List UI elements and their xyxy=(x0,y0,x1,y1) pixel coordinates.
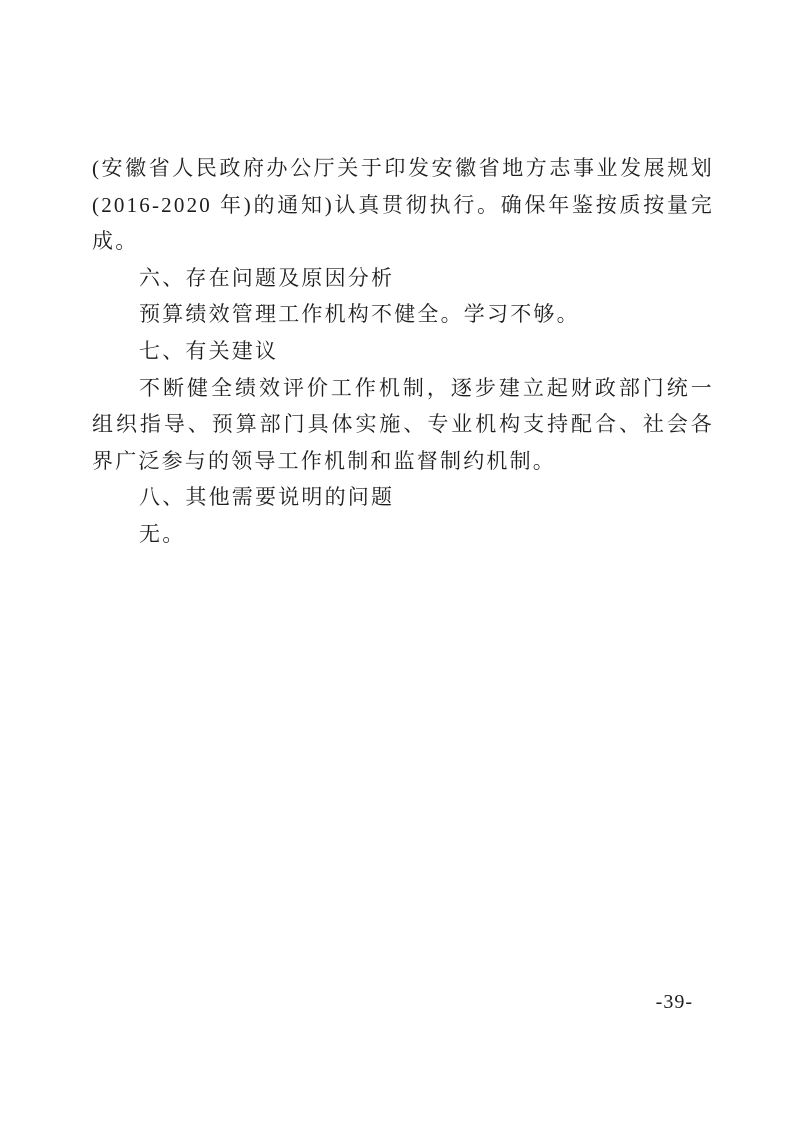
page-number: -39- xyxy=(656,991,693,1014)
document-page: (安徽省人民政府办公厅关于印发安徽省地方志事业发展规划(2016-2020 年)… xyxy=(0,0,793,1122)
heading-section-seven: 七、有关建议 xyxy=(92,333,714,370)
heading-section-six: 六、存在问题及原因分析 xyxy=(92,260,714,297)
heading-section-eight: 八、其他需要说明的问题 xyxy=(92,479,714,516)
paragraph-problems: 预算绩效管理工作机构不健全。学习不够。 xyxy=(92,296,714,333)
paragraph-suggestions: 不断健全绩效评价工作机制，逐步建立起财政部门统一组织指导、预算部门具体实施、专业… xyxy=(92,370,714,480)
text-block: (安徽省人民政府办公厅关于印发安徽省地方志事业发展规划(2016-2020 年)… xyxy=(92,150,714,553)
paragraph-none: 无。 xyxy=(92,516,714,553)
paragraph-continuation: (安徽省人民政府办公厅关于印发安徽省地方志事业发展规划(2016-2020 年)… xyxy=(92,150,714,260)
